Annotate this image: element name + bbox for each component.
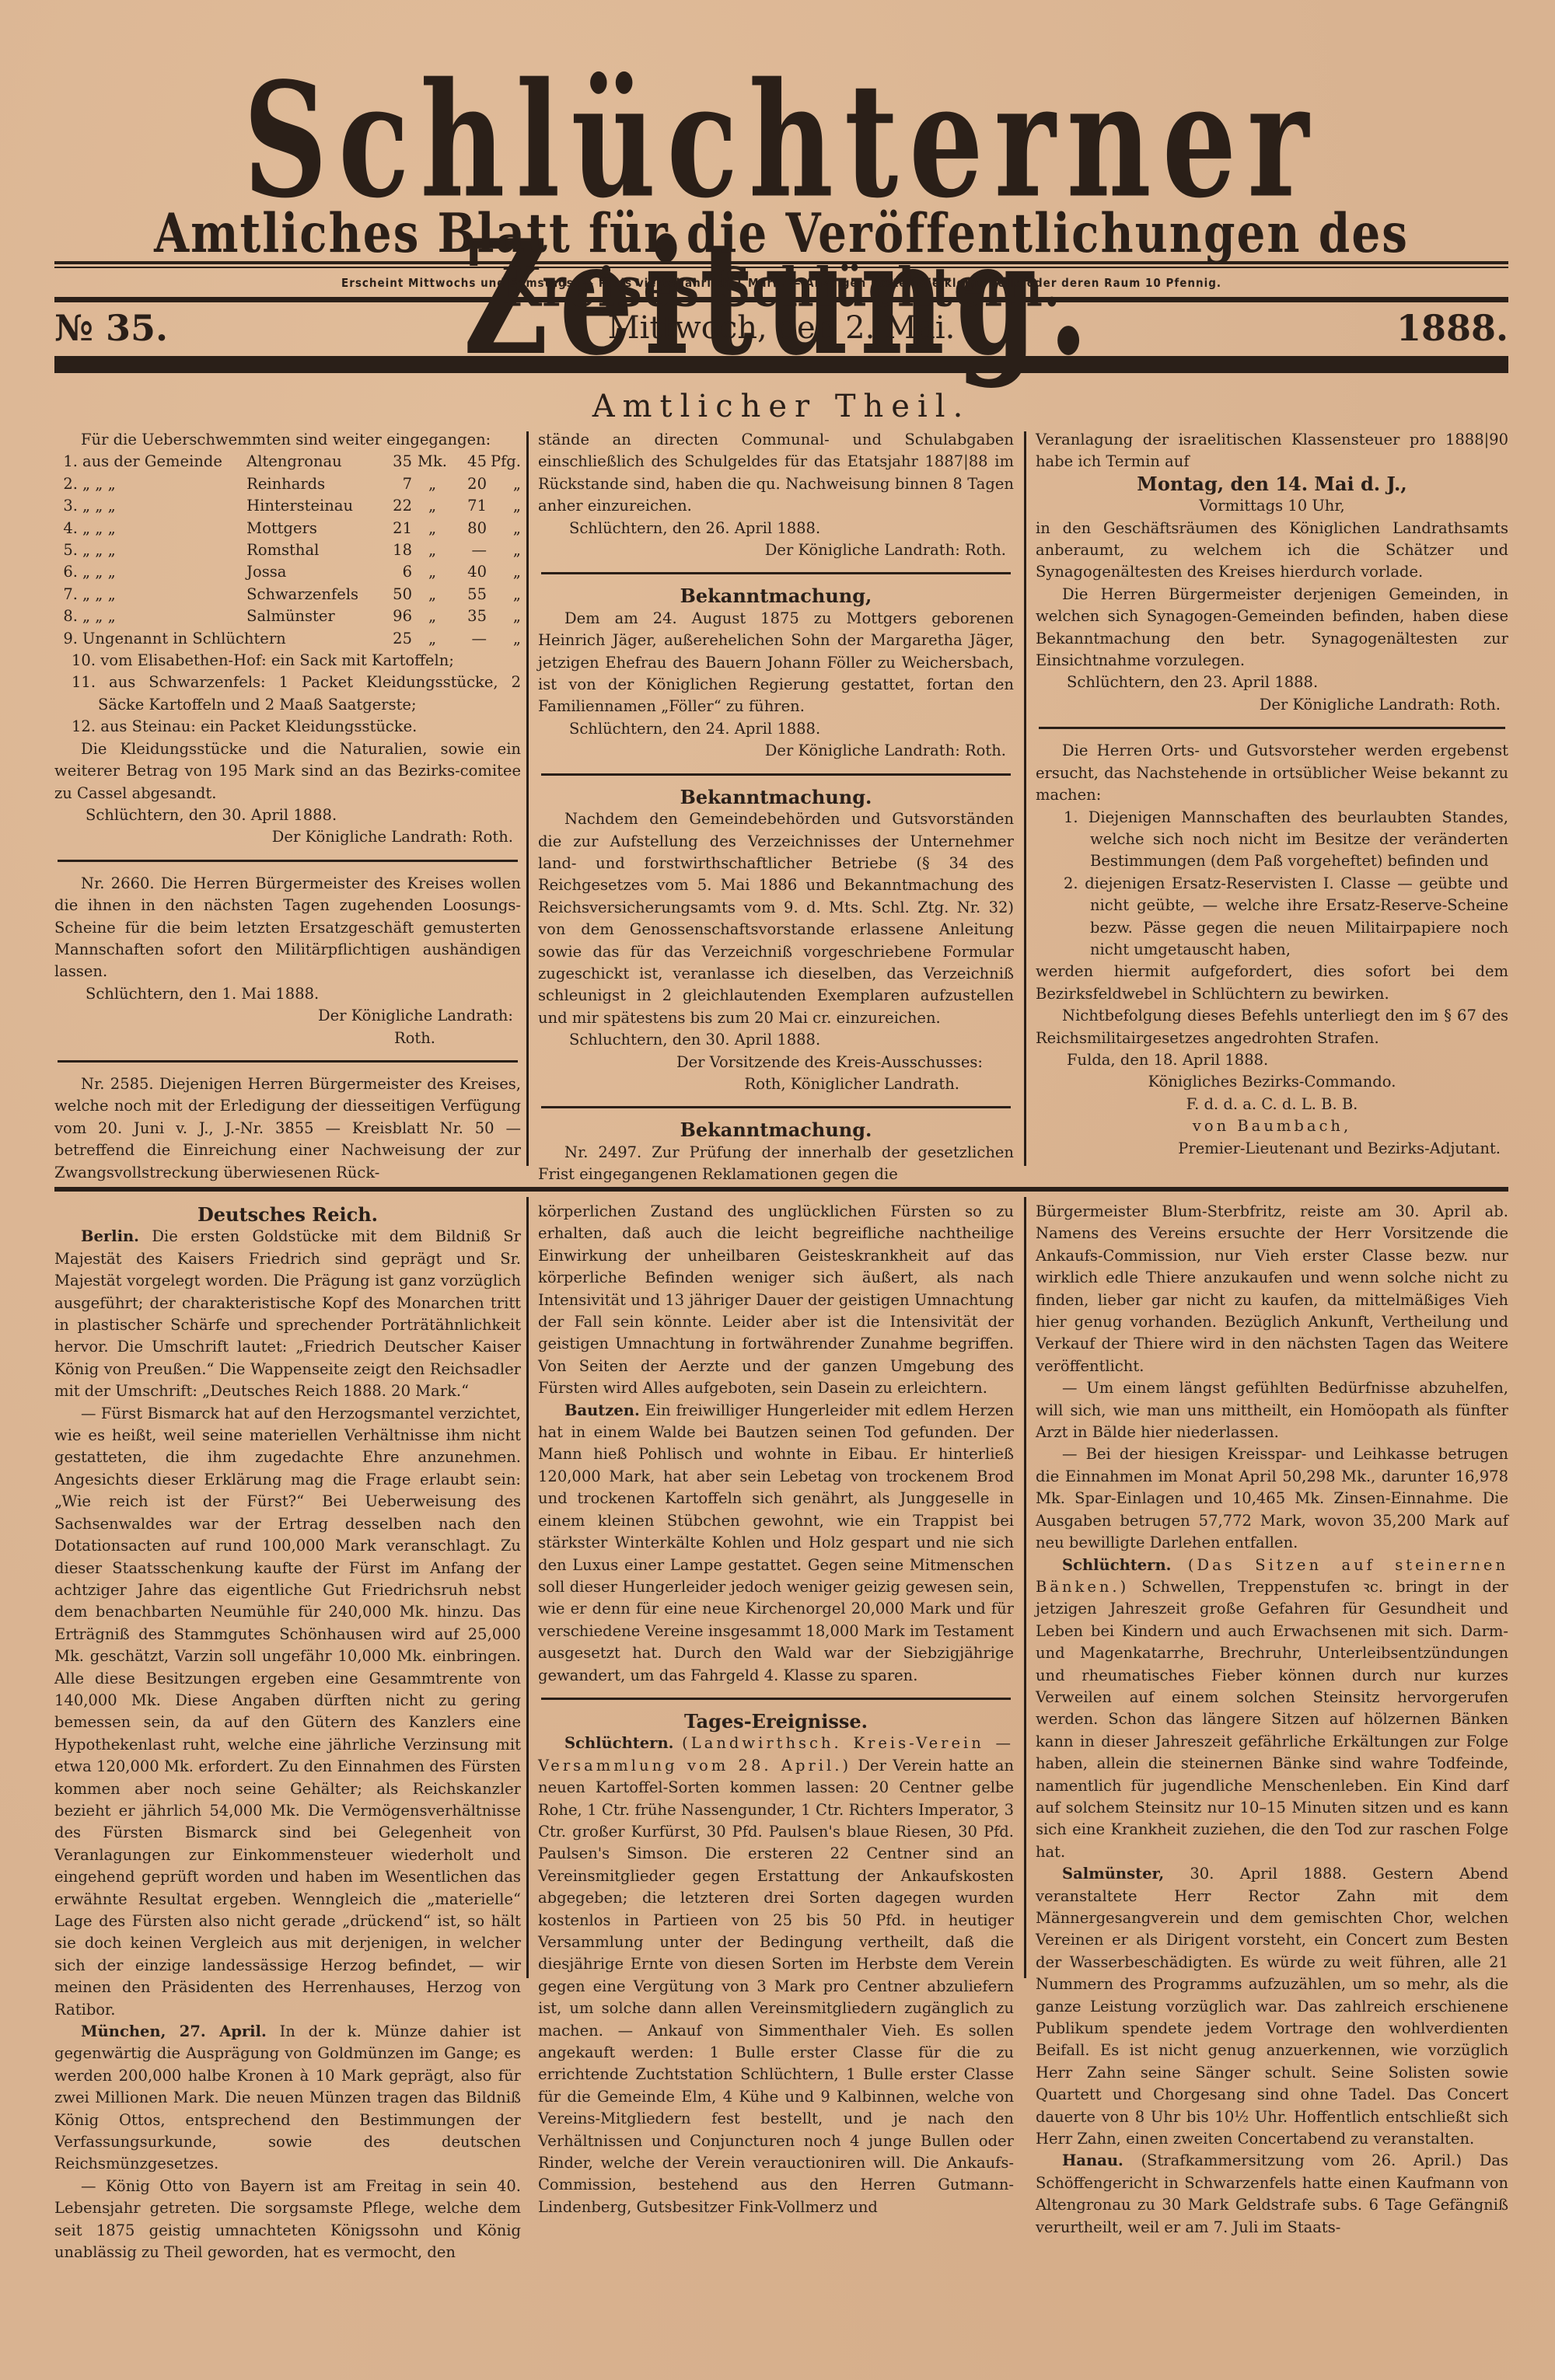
dateline-place: Hanau. [1062,2151,1123,2169]
donation-item: 10. vom Elisabethen-Hof: ein Sack mit Ka… [54,650,521,672]
continuation-text: Veranlagung der israelitischen Klassenst… [1036,429,1508,473]
masthead-rule [54,267,1508,268]
donation-mk-unit: „ [412,605,453,627]
donation-n: 7. [54,584,82,605]
official-column-3: Veranlagung der israelitischen Klassenst… [1036,429,1508,1160]
separator [58,1060,518,1063]
article-text: Der Verein hatte an neuen Kartoffel-Sort… [538,1757,1014,2216]
news-column-3: Bürgermeister Blum-Sterbfritz, reiste am… [1036,1201,1508,2239]
donation-pf-unit: „ [487,539,521,561]
official-column-1: Für die Ueberschwemmten sind weiter eing… [54,429,521,1184]
donation-n: 4. [54,518,82,539]
separator [541,572,1011,574]
dateline: Schlüchtern, den 26. April 1888. [538,518,1014,539]
signature: Der Königliche Landrath: [54,1005,521,1027]
dateline-place: Bautzen. [564,1401,640,1419]
donation-mk-unit: „ [412,584,453,605]
news-column-1: Deutsches Reich. Berlin. Die ersten Gold… [54,1201,521,2264]
donation-mk: 22 [378,495,412,517]
article-text: In der k. Münze dahier ist gegenwärtig d… [54,2022,521,2172]
donation-mk-unit: „ [412,473,453,495]
donation-from: „ „ „ [82,473,246,495]
donation-from: „ „ „ [82,539,246,561]
donation-mk: 7 [378,473,412,495]
military-item: 1. Diejenigen Mannschaften des beurlaubt… [1036,807,1508,873]
donation-mk-unit: „ [412,495,453,517]
donation-from: „ „ „ [82,561,246,583]
donation-pf-unit: „ [487,605,521,627]
donation-n: 3. [54,495,82,517]
donation-mk-unit: „ [412,561,453,583]
donation-place: Romsthal [246,539,378,561]
donation-mk: 21 [378,518,412,539]
notice-heading: Bekanntmachung. [538,787,1014,808]
issue-row: № 35. Mittwoch, den 2. Mai. 1888. [54,307,1508,354]
notice-heading: Bekanntmachung. [538,1119,1014,1141]
donation-n: 6. [54,561,82,583]
donation-mk-unit: „ [412,539,453,561]
article-text: Die ersten Goldstücke mit dem Bildniß Sr… [54,1227,521,1400]
notice-heading: Bekanntmachung, [538,585,1014,607]
donation-place: Jossa [246,561,378,583]
signature: Der Königliche Landrath: Roth. [538,539,1014,561]
donation-place: Schwarzenfels [246,584,378,605]
donation-pf: 71 [453,495,487,517]
column-divider [1024,431,1026,1166]
separator [1039,727,1505,729]
column-divider [1024,1197,1026,1978]
donation-mk-unit: „ [412,628,453,650]
donation-from: „ „ „ [82,518,246,539]
column-divider [526,1197,529,1978]
signature: Der Königliche Landrath: Roth. [1036,694,1508,716]
article-text: 30. April 1888. Gestern Abend veranstalt… [1036,1865,1508,2148]
signature-name: Roth. [54,1028,521,1049]
continuation-text: stände an directen Communal- und Schulab… [538,429,1014,518]
donation-row: 1.aus der GemeindeAltengronau35Mk.45Pfg. [54,451,521,473]
signature-title: Premier-Lieutenant und Bezirks-Adjutant. [1036,1138,1508,1160]
dateline: Schlüchtern, den 23. April 1888. [1036,672,1508,693]
notice-2660-text: Nr. 2660. Die Herren Bürgermeister des K… [54,873,521,983]
donation-mk: 96 [378,605,412,627]
donations-closing: Die Kleidungsstücke und die Naturalien, … [54,738,521,804]
dateline-place: München, 27. April. [81,2022,267,2040]
donation-mk: 50 [378,584,412,605]
donation-pf: 20 [453,473,487,495]
signature-name: Roth, Königlicher Landrath. [538,1073,1014,1095]
donation-place: Reinhards [246,473,378,495]
donations-table: 1.aus der GemeindeAltengronau35Mk.45Pfg.… [54,451,521,650]
donation-pf-unit: „ [487,473,521,495]
dateline-place: Schlüchtern. [564,1734,673,1752]
donation-pf-unit: „ [487,584,521,605]
column-divider [526,431,529,1166]
donation-pf-unit: „ [487,495,521,517]
military-item: 2. diejenigen Ersatz-Reservisten I. Clas… [1036,873,1508,961]
donation-mk-unit: „ [412,518,453,539]
signature: Der Königliche Landrath: Roth. [54,826,521,848]
donation-from: Ungenannt in Schlüchtern [82,628,378,650]
donation-from: „ „ „ [82,605,246,627]
signature: Der Vorsitzende des Kreis-Ausschusses: [538,1052,1014,1073]
article-text: — Bei der hiesigen Kreisspar- und Leihka… [1036,1443,1508,1554]
notice-text: Nr. 2497. Zur Prüfung der innerhalb der … [538,1142,1014,1186]
dateline-place: Schlüchtern. [1062,1556,1171,1574]
article-text: körperlichen Zustand des unglücklichen F… [538,1201,1014,1400]
donation-n: 1. [54,451,82,473]
section-rule [54,1187,1508,1192]
dateline: Schlüchtern, den 30. April 1888. [54,804,521,826]
article-text: Bürgermeister Blum-Sterbfritz, reiste am… [1036,1201,1508,1377]
donation-mk: 6 [378,561,412,583]
continuation-text: in den Geschäftsräumen des Königlichen L… [1036,518,1508,584]
separator [541,773,1011,776]
donation-n: 2. [54,473,82,495]
notice-text: Dem am 24. August 1875 zu Mottgers gebor… [538,608,1014,718]
donation-pf-unit: „ [487,518,521,539]
signature: Königliches Bezirks-Commando. [1036,1071,1508,1093]
issue-date: Mittwoch, den 2. Mai. [54,310,1508,346]
signature: Der Königliche Landrath: Roth. [538,740,1014,762]
section-title-official: Amtlicher Theil. [54,389,1508,424]
donation-n: 8. [54,605,82,627]
donation-n: 5. [54,539,82,561]
donation-row: 4.„ „ „Mottgers21„80„ [54,518,521,539]
donation-row: 8.„ „ „Salmünster96„35„ [54,605,521,627]
separator [58,860,518,862]
donation-pf: — [453,628,487,650]
newspaper-page: Schlüchterner Zeitung. Amtliches Blatt f… [54,0,1508,2380]
issue-year: 1888. [1396,307,1508,349]
donation-n: 9. [54,628,82,650]
donation-pf: 40 [453,561,487,583]
donation-pf-unit: „ [487,628,521,650]
notice-text: Nachdem den Gemeindebehörden und Gutsvor… [538,808,1014,1029]
donation-pf: 80 [453,518,487,539]
donation-mk: 35 [378,451,412,473]
section-heading: Deutsches Reich. [54,1204,521,1226]
donation-pf-unit: Pfg. [487,451,521,473]
donation-row: 9.Ungenannt in Schlüchtern25„—„ [54,628,521,650]
section-heading: Tages-Ereignisse. [538,1711,1014,1733]
article-text: — Fürst Bismarck hat auf den Herzogsmant… [54,1403,521,2021]
donation-pf: — [453,539,487,561]
military-order: werden hiermit aufgefordert, dies sofort… [1036,961,1508,1005]
donation-mk: 25 [378,628,412,650]
military-intro: Die Herren Orts- und Gutsvorsteher werde… [1036,740,1508,806]
dateline: Schlüchtern, den 1. Mai 1888. [54,983,521,1005]
donation-from: „ „ „ [82,495,246,517]
article-text: — König Otto von Bayern ist am Freitag i… [54,2176,521,2264]
separator [541,1106,1011,1108]
notice-text: Die Herren Bürgermeister derjenigen Geme… [1036,584,1508,672]
info-rule [54,297,1508,302]
donation-row: 7.„ „ „Schwarzenfels50„55„ [54,584,521,605]
notice-2585-text: Nr. 2585. Diejenigen Herren Bürgermeiste… [54,1073,521,1184]
subscription-info: Erscheint Mittwochs und Samstags. — Prei… [54,276,1508,290]
article-text: Schwellen, Treppenstufen ꝛc. bringt in d… [1036,1578,1508,1861]
donations-intro: Für die Ueberschwemmten sind weiter eing… [54,429,521,451]
donation-row: 6.„ „ „Jossa6„40„ [54,561,521,583]
article-text: — Um einem längst gefühlten Bedürfnisse … [1036,1377,1508,1443]
official-column-2: stände an directen Communal- und Schulab… [538,429,1014,1186]
dateline: Fulda, den 18. April 1888. [1036,1049,1508,1071]
dateline-place: Salmünster, [1062,1865,1164,1883]
signature: F. d. d. a. C. d. L. B. B. [1036,1094,1508,1115]
donation-row: 3.„ „ „Hintersteinau22„71„ [54,495,521,517]
donation-from: „ „ „ [82,584,246,605]
donation-mk-unit: Mk. [412,451,453,473]
article-text: Ein freiwilliger Hungerleider mit edlem … [538,1401,1014,1684]
appointment-time: Vormittags 10 Uhr, [1036,495,1508,517]
donation-pf-unit: „ [487,561,521,583]
separator [541,1698,1011,1700]
donation-place: Altengronau [246,451,378,473]
news-column-2: körperlichen Zustand des unglücklichen F… [538,1201,1014,2218]
donation-from: aus der Gemeinde [82,451,246,473]
donation-pf: 35 [453,605,487,627]
appointment-date: Montag, den 14. Mai d. J., [1036,473,1508,495]
masthead-rule [54,261,1508,264]
donation-row: 2.„ „ „Reinhards7„20„ [54,473,521,495]
dateline-place: Berlin. [81,1227,139,1245]
donation-row: 5.„ „ „Romsthal18„—„ [54,539,521,561]
donation-item: 12. aus Steinau: ein Packet Kleidungsstü… [54,716,521,738]
donation-place: Hintersteinau [246,495,378,517]
donation-mk: 18 [378,539,412,561]
donation-pf: 55 [453,584,487,605]
donation-pf: 45 [453,451,487,473]
signature-name: von Baumbach, [1036,1115,1508,1137]
dateline: Schlüchtern, den 24. April 1888. [538,718,1014,740]
header-thick-rule [54,356,1508,373]
donation-item: 11. aus Schwarzenfels: 1 Packet Kleidung… [54,672,521,716]
donation-place: Salmünster [246,605,378,627]
military-penalty: Nichtbefolgung dieses Befehls unterliegt… [1036,1005,1508,1049]
donation-place: Mottgers [246,518,378,539]
dateline: Schluchtern, den 30. April 1888. [538,1029,1014,1051]
